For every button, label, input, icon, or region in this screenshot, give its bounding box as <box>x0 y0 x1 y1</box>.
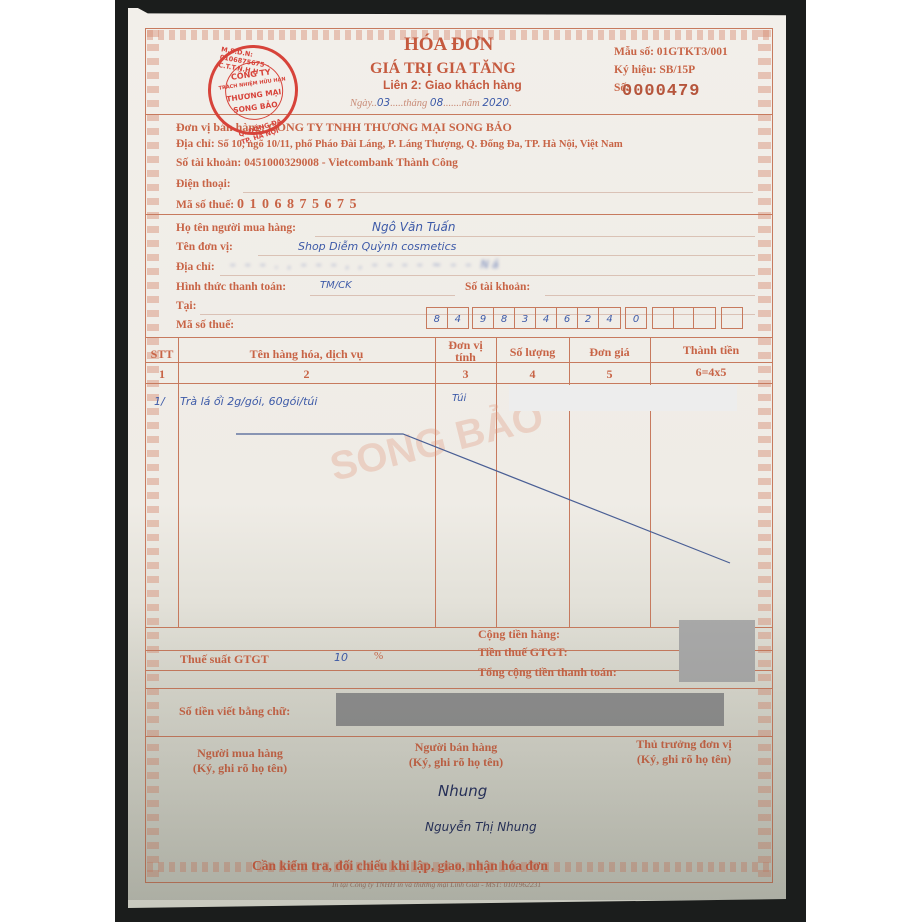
redacted-totals <box>679 620 755 682</box>
subtotal-label: Cộng tiền hàng: <box>478 627 560 642</box>
redacted-amount-words <box>336 693 724 726</box>
seller-signature: Nhung <box>438 782 487 800</box>
footer-printer: In tại Công ty TNHH in và thương mại Lin… <box>332 880 541 889</box>
vat-percent: % <box>374 650 383 662</box>
footer-notice: Cần kiểm tra, đối chiếu khi lập, giao, n… <box>252 858 548 874</box>
head-sign-note: (Ký, ghi rõ họ tên) <box>614 752 754 767</box>
divider <box>146 688 772 689</box>
buyer-sign-note: (Ký, ghi rõ họ tên) <box>170 761 310 776</box>
amount-words-label: Số tiền viết bằng chữ: <box>179 704 290 719</box>
head-sign-title: Thủ trưởng đơn vị <box>614 737 754 752</box>
vat-amount-label: Tiền thuế GTGT: <box>478 645 568 660</box>
vat-rate-label: Thuế suất GTGT <box>180 652 269 667</box>
buyer-signature-block: Người mua hàng (Ký, ghi rõ họ tên) <box>170 746 310 776</box>
vat-rate-value: 10 <box>334 651 348 664</box>
head-signature-block: Thủ trưởng đơn vị (Ký, ghi rõ họ tên) <box>614 737 754 767</box>
grand-total-label: Tổng cộng tiền thanh toán: <box>478 665 617 680</box>
seller-full-name: Nguyễn Thị Nhung <box>425 820 537 834</box>
seller-signature-block: Người bán hàng (Ký, ghi rõ họ tên) <box>386 740 526 770</box>
buyer-sign-title: Người mua hàng <box>170 746 310 761</box>
seller-sign-note: (Ký, ghi rõ họ tên) <box>386 755 526 770</box>
seller-sign-title: Người bán hàng <box>386 740 526 755</box>
